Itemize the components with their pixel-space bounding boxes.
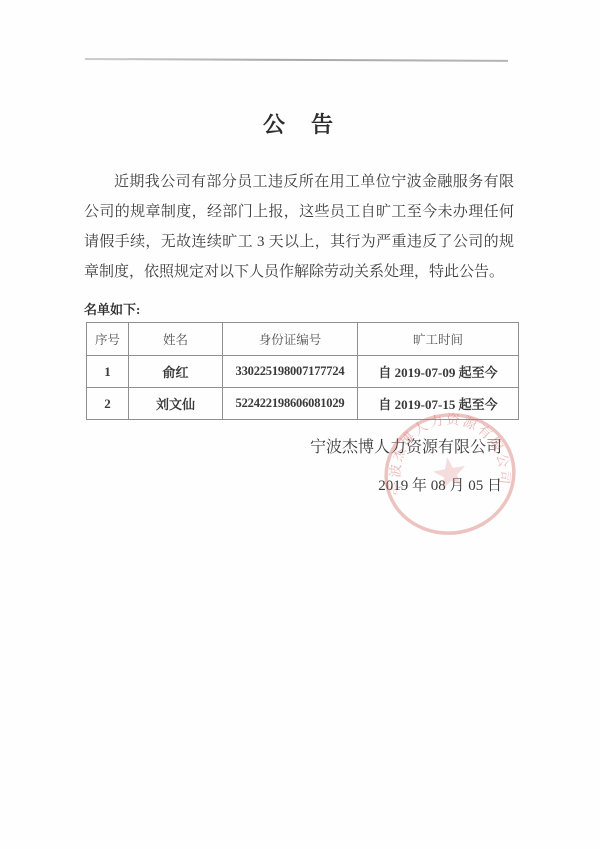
scanned-notice-page: { "document": { "title": "公 告", "body": …: [0, 0, 600, 849]
table-row: 1 俞红 330225198007177724 自 2019-07-09 起至今: [87, 356, 519, 388]
cell-name: 俞红: [129, 356, 223, 388]
seal-arc-text: 宁波杰博人力资源有限公司: [378, 406, 515, 508]
cell-no: 1: [87, 356, 129, 388]
company-seal-stamp: 宁波杰博人力资源有限公司: [378, 406, 522, 542]
header-cell-period: 旷工时间: [358, 323, 519, 356]
seal-arc-text-container: 宁波杰博人力资源有限公司: [378, 406, 515, 508]
cell-id: 522422198606081029: [223, 388, 358, 420]
notice-body-paragraph: 近期我公司有部分员工违反所在用工单位宁波金融服务有限公司的规章制度，经部门上报，…: [84, 167, 514, 287]
seal-star-icon: [431, 454, 468, 490]
cell-period: 自 2019-07-09 起至今: [358, 356, 519, 388]
header-cell-no: 序号: [87, 323, 129, 356]
list-intro-label: 名单如下:: [84, 299, 140, 318]
cell-name: 刘文仙: [129, 388, 223, 420]
cell-no: 2: [87, 388, 129, 420]
notice-title: 公 告: [84, 108, 514, 139]
scan-paper-edge-line: [85, 58, 508, 62]
header-cell-name: 姓名: [129, 323, 223, 356]
header-cell-id: 身份证编号: [223, 323, 358, 356]
table-header-row: 序号 姓名 身份证编号 旷工时间: [87, 323, 519, 356]
cell-id: 330225198007177724: [223, 356, 358, 388]
